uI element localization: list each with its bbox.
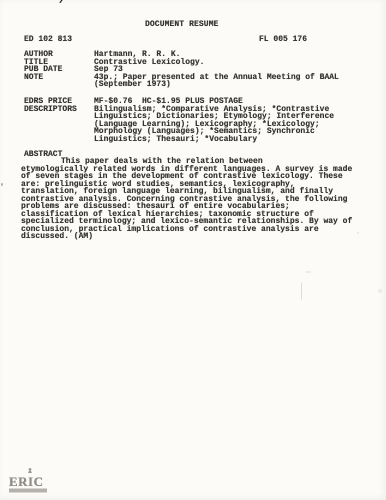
price-descriptor-fields: EDRS PRICE MF-$0.76 HC-$1.95 PLUS POSTAG… <box>24 98 364 143</box>
note-label: NOTE <box>24 74 94 82</box>
scan-artifact-speck <box>1 183 3 186</box>
handwritten-check-mark: / <box>59 0 66 6</box>
eric-logo-flame-icon <box>29 468 32 471</box>
descriptors-label: DESCRIPTORS <box>24 106 94 114</box>
scan-artifact-speck <box>357 232 359 234</box>
scan-artifact-smudge <box>378 289 382 293</box>
eric-logo-lamp-icon <box>28 471 32 473</box>
ed-accession-number: ED 102 813 <box>24 36 72 44</box>
clearinghouse-number: FL 005 176 <box>259 36 307 44</box>
catalog-fields: AUTHOR Hartmann, R. R. K. TITLE Contrast… <box>24 51 364 89</box>
title-value: Contrastive Lexicology. <box>94 59 364 67</box>
field-row-note: NOTE 43p.; Paper presented at the Annual… <box>24 74 364 89</box>
field-row-descriptors: DESCRIPTORS Bilingualism; *Comparative A… <box>24 106 364 144</box>
document-resume-header: DOCUMENT RESUME <box>145 21 219 29</box>
note-value: 43p.; Paper presented at the Annual Meet… <box>94 74 364 89</box>
scanned-document-page: / DOCUMENT RESUME ED 102 813 FL 005 176 … <box>0 0 386 500</box>
eric-logo-bar <box>9 489 47 493</box>
abstract-text: This paper deals with the relation betwe… <box>21 158 365 241</box>
scan-artifact-line <box>301 283 302 300</box>
scan-artifact-smudge <box>306 271 311 273</box>
eric-logo-text: ERIC <box>9 474 44 489</box>
field-row-title: TITLE Contrastive Lexicology. <box>24 59 364 67</box>
descriptors-value: Bilingualism; *Comparative Analysis; *Co… <box>94 106 364 144</box>
eric-logo-graphic: ERIC <box>8 466 52 496</box>
eric-logo: ERIC <box>8 466 52 499</box>
